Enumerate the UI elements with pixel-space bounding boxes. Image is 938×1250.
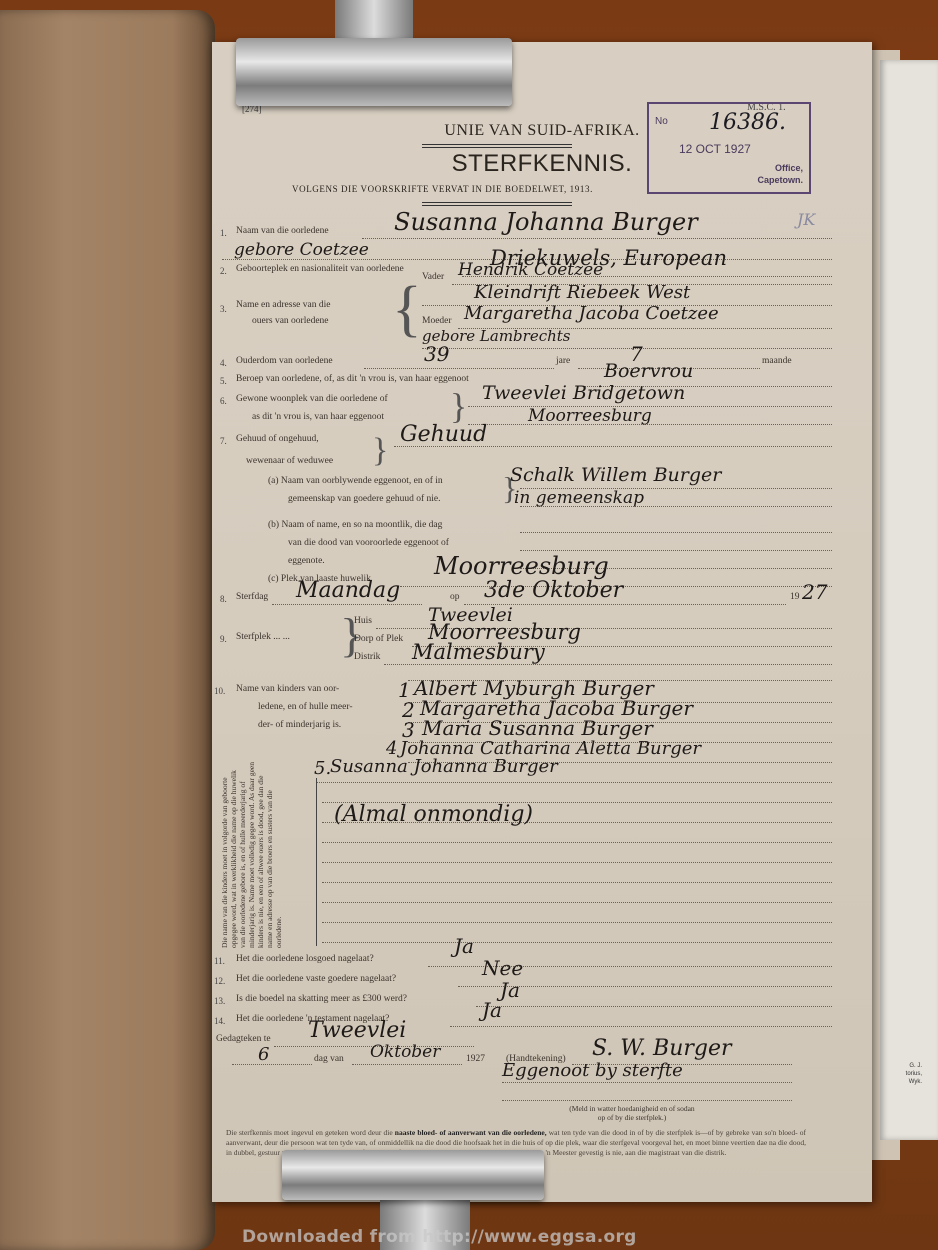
marital-status-value: Gehuud (400, 422, 487, 447)
residence-line2: Moorreesburg (528, 406, 652, 426)
death-date: 3de Oktober (484, 578, 623, 603)
field-label-birthplace: Geboorteplek en nasionaliteit van oorled… (236, 264, 404, 274)
movable-property-answer: Ja (454, 934, 474, 958)
signature: S. W. Burger (592, 1036, 732, 1061)
binder-clip-top (236, 38, 512, 106)
estate-value-answer: Ja (500, 978, 520, 1002)
deceased-name: Susanna Johanna Burger (394, 208, 698, 236)
registry-stamp: No 16386. 12 OCT 1927 Office,Capetown. (647, 102, 811, 194)
clerk-initials: JK (797, 210, 815, 229)
will-answer: Ja (482, 998, 502, 1022)
age-years: 39 (424, 342, 449, 366)
back-sheet (880, 60, 938, 1140)
signing-day: 6 (258, 1044, 269, 1065)
signing-place: Tweevlei (308, 1018, 406, 1043)
subtitle-rule (422, 202, 572, 206)
binder-clip-bottom (282, 1150, 544, 1200)
marriage-place-value: Moorreesburg (434, 552, 609, 580)
signing-month: Oktober (370, 1042, 440, 1062)
community-of-property: in gemeenskap (514, 488, 644, 508)
child-name: Susanna Johanna Burger (330, 756, 558, 777)
death-weekday: Maandag (296, 578, 400, 603)
parents-address: Kleindrift Riebeek West (474, 282, 690, 303)
children-instructions-note: Die name van die kinders moet in volgord… (220, 758, 282, 948)
heading-rule (422, 144, 572, 148)
mother-name: Margaretha Jacoba Coetzee (464, 303, 719, 324)
death-district: Malmesbury (412, 640, 545, 664)
book-cover-left (0, 10, 215, 1250)
immovable-property-answer: Nee (482, 956, 523, 980)
field-label-name: Naam van die oorledene (236, 226, 329, 236)
back-sheet-text: G. J. torius, Wyk. (892, 1062, 922, 1086)
stamp-date: 12 OCT 1927 (679, 142, 751, 156)
signatory-capacity: Eggenoot by sterfte (502, 1060, 683, 1081)
deceased-maiden-name: gebore Coetzee (234, 240, 369, 260)
death-notice-document: [274] M.S.C. 1. UNIE VAN SUID-AFRIKA. ST… (212, 42, 872, 1202)
registry-number: 16386. (709, 110, 786, 135)
document-subtitle: VOLGENS DIE VOORSKRIFTE VERVAT IN DIE BO… (292, 184, 593, 194)
watermark: Downloaded from http://www.eggsa.org (242, 1227, 637, 1247)
child-name: Maria Susanna Burger (422, 716, 653, 740)
residence-line1: Tweevlei Bridgetown (482, 382, 685, 404)
father-name: Hendrik Coetzee (458, 260, 603, 280)
occupation-value: Boervrou (604, 360, 693, 382)
children-minor-note: (Almal onmondig) (334, 802, 533, 827)
surviving-spouse-name: Schalk Willem Burger (510, 464, 721, 486)
child-number: 5. (314, 758, 331, 779)
death-year: 27 (802, 580, 827, 604)
